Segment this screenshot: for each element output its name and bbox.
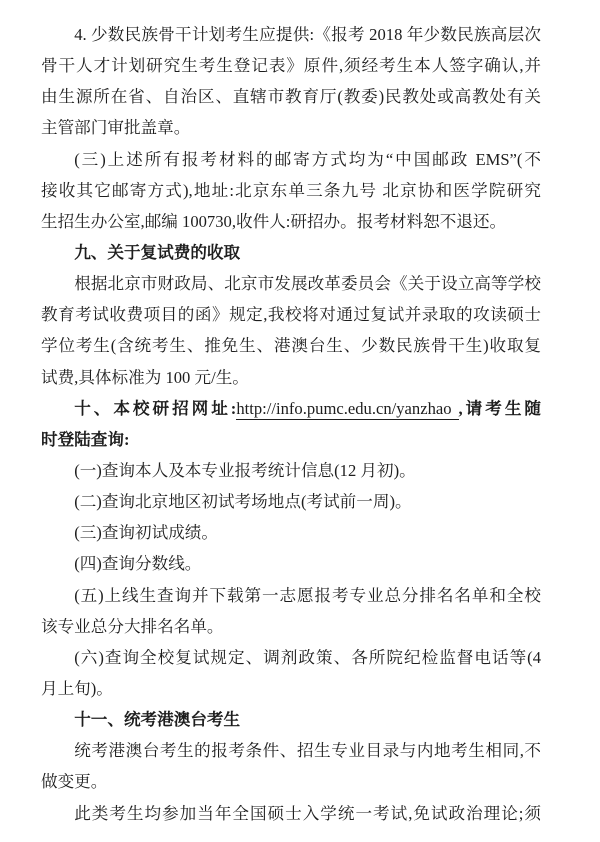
section-10-heading-text: 十、本校研招网址: bbox=[74, 399, 236, 418]
para-fee-line: 教育考试收费项目的函》规定,我校将对通过复试并录取的攻读硕士 bbox=[41, 299, 541, 330]
body-text: 月上旬)。 bbox=[41, 679, 113, 698]
section-10-heading-text: 时登陆查询: bbox=[41, 430, 130, 449]
list-item-3: (三)查询初试成绩。 bbox=[41, 517, 541, 548]
yanzhao-url[interactable]: http://info.pumc.edu.cn/yanzhao bbox=[236, 399, 458, 421]
document-page: 4. 少数民族骨干计划考生应提供:《报考 2018 年少数民族高层次骨干人才计划… bbox=[0, 0, 600, 842]
list-item-1: (一)查询本人及本专业报考统计信息(12 月初)。 bbox=[41, 455, 541, 486]
section-11-heading: 十一、统考港澳台考生 bbox=[41, 704, 541, 735]
para-hmt-line: 做变更。 bbox=[41, 766, 541, 797]
body-text: 学位考生(含统考生、推免生、港澳台生、少数民族骨干生)收取复 bbox=[41, 336, 541, 355]
para-fee-line: 试费,具体标准为 100 元/生。 bbox=[41, 362, 541, 393]
document-body: 4. 少数民族骨干计划考生应提供:《报考 2018 年少数民族高层次骨干人才计划… bbox=[41, 19, 541, 829]
body-text: (三)查询初试成绩。 bbox=[74, 523, 218, 542]
body-text: 接收其它邮寄方式),地址:北京东单三条九号 北京协和医学院研究 bbox=[41, 181, 541, 200]
list-item-5: 该专业总分大排名名单。 bbox=[41, 611, 541, 642]
body-text: 主管部门审批盖章。 bbox=[41, 118, 190, 137]
para-mailing-line: 接收其它邮寄方式),地址:北京东单三条九号 北京协和医学院研究 bbox=[41, 175, 541, 206]
body-text: 试费,具体标准为 100 元/生。 bbox=[41, 368, 249, 387]
body-text: (四)查询分数线。 bbox=[74, 554, 201, 573]
body-text: (一)查询本人及本专业报考统计信息(12 月初)。 bbox=[74, 461, 416, 480]
body-text: (三)上述所有报考材料的邮寄方式均为“中国邮政 EMS”(不 bbox=[74, 150, 541, 169]
para-minority-plan-line: 主管部门审批盖章。 bbox=[41, 112, 541, 143]
body-text: 4. 少数民族骨干计划考生应提供:《报考 2018 年少数民族高层次 bbox=[74, 25, 541, 44]
para-mailing-line: 生招生办公室,邮编 100730,收件人:研招办。报考材料恕不退还。 bbox=[41, 206, 541, 237]
para-hmt-exam-line: 此类考生均参加当年全国硕士入学统一考试,免试政治理论;须 bbox=[41, 798, 541, 829]
section-11-heading-text: 十一、统考港澳台考生 bbox=[74, 710, 240, 729]
section-9-heading: 九、关于复试费的收取 bbox=[41, 237, 541, 268]
body-text: (二)查询北京地区初试考场地点(考试前一周)。 bbox=[74, 492, 411, 511]
list-item-6: 月上旬)。 bbox=[41, 673, 541, 704]
section-10-heading: 十、本校研招网址:http://info.pumc.edu.cn/yanzhao… bbox=[41, 393, 541, 424]
list-item-4: (四)查询分数线。 bbox=[41, 548, 541, 579]
para-hmt-line: 统考港澳台考生的报考条件、招生专业目录与内地考生相同,不 bbox=[41, 735, 541, 766]
body-text: 根据北京市财政局、北京市发展改革委员会《关于设立高等学校 bbox=[74, 274, 541, 293]
body-text: 该专业总分大排名名单。 bbox=[41, 617, 224, 636]
list-item-2: (二)查询北京地区初试考场地点(考试前一周)。 bbox=[41, 486, 541, 517]
para-fee-line: 学位考生(含统考生、推免生、港澳台生、少数民族骨干生)收取复 bbox=[41, 330, 541, 361]
body-text: 骨干人才计划研究生考生登记表》原件,须经考生本人签字确认,并 bbox=[41, 56, 541, 75]
body-text: 统考港澳台考生的报考条件、招生专业目录与内地考生相同,不 bbox=[74, 741, 541, 760]
body-text: 生招生办公室,邮编 100730,收件人:研招办。报考材料恕不退还。 bbox=[41, 212, 506, 231]
para-mailing-line: (三)上述所有报考材料的邮寄方式均为“中国邮政 EMS”(不 bbox=[41, 144, 541, 175]
para-minority-plan-line: 由生源所在省、自治区、直辖市教育厅(教委)民教处或高教处有关 bbox=[41, 81, 541, 112]
body-text: 此类考生均参加当年全国硕士入学统一考试,免试政治理论;须 bbox=[74, 804, 541, 823]
body-text: (六)查询全校复试规定、调剂政策、各所院纪检监督电话等(4 bbox=[74, 648, 541, 667]
para-fee-line: 根据北京市财政局、北京市发展改革委员会《关于设立高等学校 bbox=[41, 268, 541, 299]
body-text: 做变更。 bbox=[41, 772, 107, 791]
body-text: (五)上线生查询并下载第一志愿报考专业总分排名名单和全校 bbox=[74, 586, 541, 605]
list-item-6: (六)查询全校复试规定、调剂政策、各所院纪检监督电话等(4 bbox=[41, 642, 541, 673]
section-10-heading: 时登陆查询: bbox=[41, 424, 541, 455]
section-9-heading-text: 九、关于复试费的收取 bbox=[74, 243, 240, 262]
body-text: 由生源所在省、自治区、直辖市教育厅(教委)民教处或高教处有关 bbox=[41, 87, 541, 106]
para-minority-plan-line: 4. 少数民族骨干计划考生应提供:《报考 2018 年少数民族高层次 bbox=[41, 19, 541, 50]
section-10-heading-text: ,请考生随 bbox=[459, 399, 541, 418]
list-item-5: (五)上线生查询并下载第一志愿报考专业总分排名名单和全校 bbox=[41, 580, 541, 611]
para-minority-plan-line: 骨干人才计划研究生考生登记表》原件,须经考生本人签字确认,并 bbox=[41, 50, 541, 81]
body-text: 教育考试收费项目的函》规定,我校将对通过复试并录取的攻读硕士 bbox=[41, 305, 541, 324]
